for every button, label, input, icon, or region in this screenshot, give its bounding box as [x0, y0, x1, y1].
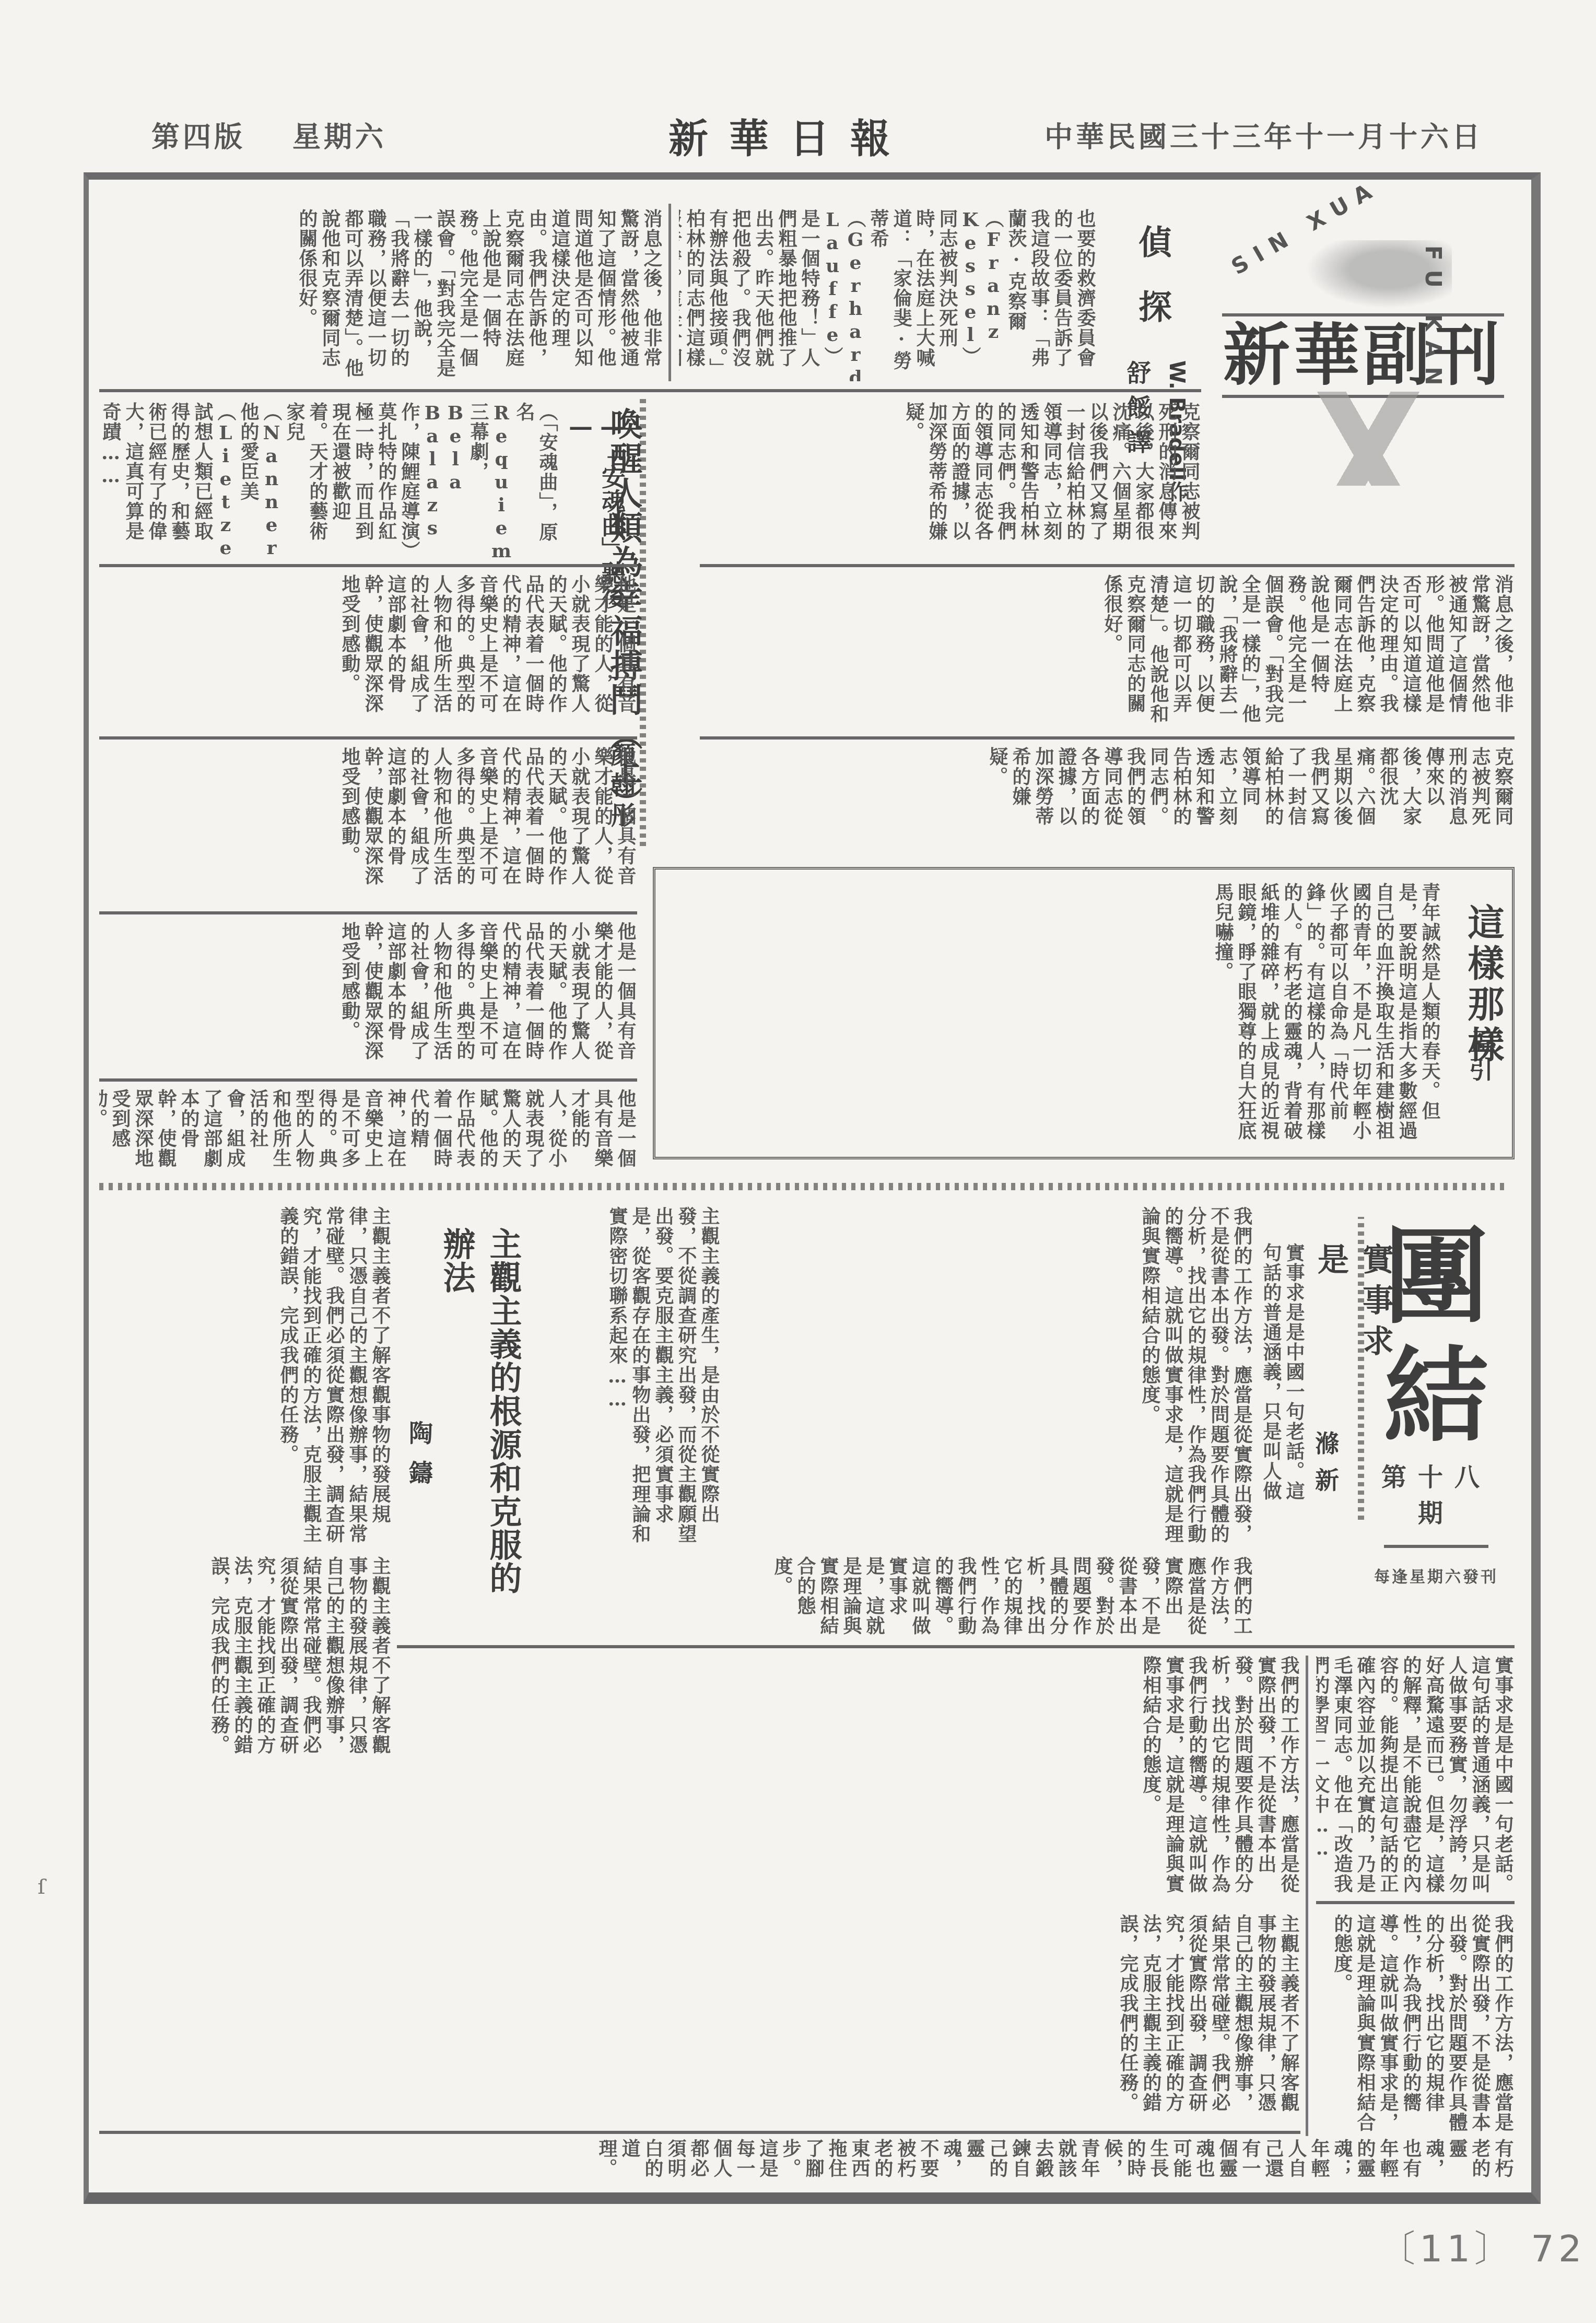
margin-mark: ſ [38, 1875, 45, 1899]
article-body-seek-truth-4: 實事求是是中國一句老話。這句話的普通涵義，只是叫人做事要務實，勿浮誇，勿好高騖遠… [1316, 1656, 1515, 1896]
article-author-seek-truth: 滌新 [1308, 1431, 1343, 1504]
column-schedule: 每逢星期六發刊 [1368, 1564, 1504, 1587]
section-rule [99, 564, 637, 567]
article-title-seek-truth: 實事求是 [1308, 1243, 1398, 1400]
issue-date: 中華民國三十三年十一月十六日 [1045, 115, 1483, 151]
walking-legs-illustration-icon [1274, 392, 1462, 486]
article-body-detective-mid: 克察爾同志被判死刑的消息傳來以後，大家都很沈痛。六個星期以後我們又寫了一封信給柏… [700, 402, 1201, 559]
article-author-this-and-that: 孟引 [1462, 1029, 1497, 1112]
masthead-title: 新華副刊 [1222, 313, 1504, 398]
article-body-seek-truth-3: 我們的工作方法，應當是從實際出發，不是從書本出發。對於問題要作具體的分析，找出它… [99, 1656, 1300, 1906]
article-body-bottom-strip: 有朽老的靈魂，也有年輕的靈魂；年輕人自己還有一個靈魂也可能生長的時候，青年就該去… [99, 2139, 1515, 2191]
article-body-requiem-3: 他是一個具有音樂才能的人，從小就表現了驚人的天賦。他的作品代表着一個時代的精神，… [99, 747, 637, 904]
section-rule [99, 2131, 1300, 2134]
article-author-subjectivism: 陶鑄 [402, 1421, 437, 1504]
article-body-requiem-2: 他是一個具有音樂才能的人，從小就表現了驚人的天賦。他的作品代表着一個時代的精神，… [99, 574, 637, 731]
section-rule [700, 736, 1515, 740]
article-body-detective-top: 也要的救濟委員會的一位委員告訴了我這段故事：「弗蘭茨·克察爾（Franz Kes… [679, 209, 1097, 381]
article-body-seek-truth-intro: 實事求是是中國一句老話。這句話的普通涵義，只是叫人做事要務實，勿浮誇，勿好高騖遠… [1259, 1243, 1306, 1515]
article-body-seek-truth-2: 我們的工作方法，應當是從實際出發，不是從書本出發。對於問題要作具體的分析，找出它… [397, 1556, 1253, 1640]
section-rule [99, 736, 637, 740]
section-rule [397, 1645, 1515, 1648]
column-divider [1306, 1656, 1308, 2136]
article-body-requiem-1: （「安魂曲」，原名Requiem，三幕劇，Bela Balazs作，陳鯉庭導演）… [99, 402, 559, 559]
section-rule [1316, 1901, 1515, 1904]
article-body-seek-truth-1: 我們的工作方法，應當是從實際出發，不是從書本出發。對於問題要作具體的分析，找出它… [731, 1206, 1253, 1546]
section-rule [99, 389, 1201, 392]
article-body-this-and-that: 青年誠然是人類的春天。但是，要說明這是指大多數經過自己的血汗換取生活和建樹祖國的… [668, 883, 1441, 1144]
page-footer: 〔11〕 72 [1379, 2220, 1586, 2272]
paper-title: 新華日報 [668, 107, 911, 144]
masthead-xinhua-fukan: SIN XUA FU KAN 新華副刊 [1212, 204, 1515, 496]
column-divider [668, 204, 671, 381]
edition-label: 第四版 [151, 115, 245, 151]
section-rule [99, 911, 637, 914]
wavy-section-divider [99, 1183, 1509, 1190]
column-issue-number: 第十八期 [1368, 1457, 1504, 1529]
article-body-detective-lower: 消息之後，他非常驚訝，當然他被通知了這個情形。他問道他是否可以知道這樣決定的理由… [700, 574, 1515, 731]
page-mark: 〔11〕 [1379, 2227, 1515, 2270]
article-body-subjectivism-4: 主觀主義者不了解客觀事物的發展規律，只憑自己的主觀想像辦事，結果常常碰壁。我們必… [99, 1914, 1300, 2123]
section-rule [700, 564, 1515, 567]
article-body-detective-top-cont: 消息之後，他非常驚訝，當然他被通知了這個情形。他問道他是否可以知道這樣決定的理由… [99, 209, 663, 381]
section-rule [99, 1078, 637, 1082]
article-body-requiem-5: 他是一個具有音樂才能的人，從小就表現了驚人的天賦。他的作品代表着一個時代的精神，… [99, 1089, 637, 1172]
page-number: 72 [1531, 2227, 1586, 2270]
article-body-requiem-4: 他是一個具有音樂才能的人，從小就表現了驚人的天賦。他的作品代表着一個時代的精神，… [99, 922, 637, 1073]
weekday-label: 星期六 [292, 115, 386, 151]
column-header-rule [1384, 1545, 1488, 1548]
article-body-subjectivism-1: 主觀主義的產生，是由於不從實際出發，不從調查研究出發，而從主觀願望出發。要克服主… [470, 1206, 721, 1546]
article-body-subjectivism-2: 主觀主義者不了解客觀事物的發展規律，只憑自己的主觀想像辦事，結果常常碰壁。我們必… [99, 1206, 392, 1546]
article-body-detective-end: 克察爾同志被判死刑的消息傳來以後，大家都很沈痛。六個星期以後我們又寫了一封信給柏… [700, 747, 1515, 836]
article-body-seek-truth-5: 我們的工作方法，應當是從實際出發，不是從書本出發。對於問題要作具體的分析，找出它… [1316, 1914, 1515, 2133]
